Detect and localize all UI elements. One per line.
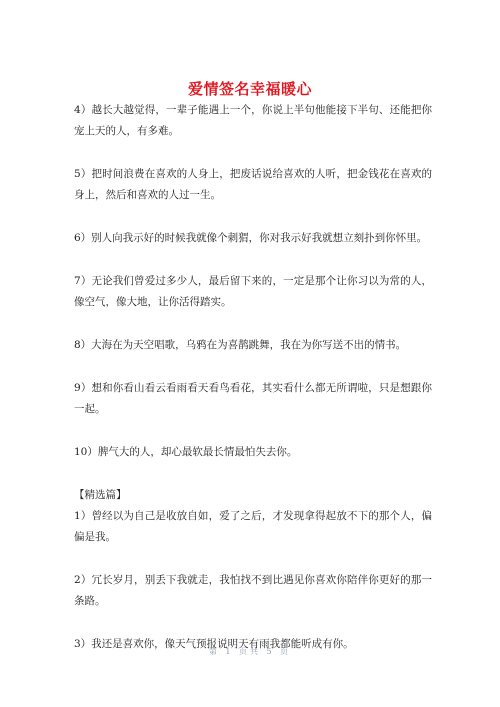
document-page: 爱情签名幸福暖心 4）越长大越觉得，一辈子能遇上一个，你说上半句他能接下半句、还… bbox=[0, 0, 500, 707]
paragraph-8: 8）大海在为天空唱歌，乌鸦在为喜鹊跳舞，我在为你写送不出的情书。 bbox=[74, 335, 432, 356]
paragraph-5: 5）把时间浪费在喜欢的人身上，把废话说给喜欢的人听，把金钱花在喜欢的身上，然后和… bbox=[74, 164, 432, 206]
document-title: 爱情签名幸福暖心 bbox=[0, 78, 500, 99]
paragraph-6: 6）别人向我示好的时候我就像个刺猬，你对我示好我就想立刻扑到你怀里。 bbox=[74, 228, 432, 249]
document-body: 4）越长大越觉得，一辈子能遇上一个，你说上半句他能接下半句、还能把你宠上天的人，… bbox=[74, 100, 432, 655]
paragraph-9: 9）想和你看山看云看雨看天看鸟看花，其实看什么都无所谓啦，只是想跟你一起。 bbox=[74, 378, 432, 420]
paragraph-10: 10）脾气大的人，却心最软最长情最怕失去你。 bbox=[74, 442, 432, 463]
section-heading: 【精选篇】 bbox=[74, 485, 432, 506]
paragraph-4: 4）越长大越觉得，一辈子能遇上一个，你说上半句他能接下半句、还能把你宠上天的人，… bbox=[74, 100, 432, 142]
section-paragraph-2: 2）冗长岁月，别丢下我就走，我怕找不到比遇见你喜欢你陪伴你更好的那一条路。 bbox=[74, 570, 432, 612]
section-paragraph-1: 1）曾经以为自己是收放自如，爱了之后，才发现拿得起放不下的那个人，偏偏是我。 bbox=[74, 506, 432, 548]
paragraph-7: 7）无论我们曾爱过多少人，最后留下来的，一定是那个让你习以为常的人，像空气，像大… bbox=[74, 271, 432, 313]
page-indicator: 第 1 页共 5 页 bbox=[0, 646, 500, 657]
